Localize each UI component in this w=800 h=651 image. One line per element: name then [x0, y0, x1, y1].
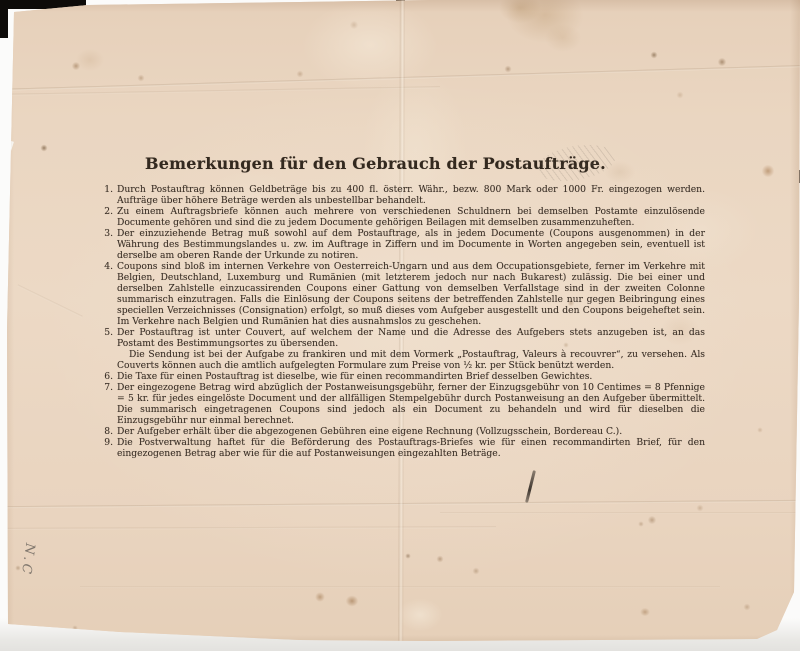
fold-crease-horizontal [440, 512, 800, 514]
item-number: 1. [100, 184, 113, 195]
item-text: Coupons sind bloß im internen Verkehre v… [117, 261, 705, 327]
item-text: Der Aufgeber erhält über die abgezogenen… [117, 426, 705, 437]
list-item-4: 4. Coupons sind bloß im internen Verkehr… [100, 261, 705, 327]
item-number: 2. [100, 206, 113, 217]
fold-crease-horizontal [0, 86, 440, 96]
fold-crease-diagonal [17, 284, 83, 317]
list-item-6: 6. Die Taxe für einen Postauftrag ist di… [100, 371, 705, 382]
fold-crease-diagonal [0, 0, 12, 284]
list-item-3: 3. Der einzuziehende Betrag muß sowohl a… [100, 228, 705, 261]
list-item-5: 5. Der Postauftrag ist unter Couvert, au… [100, 327, 705, 371]
list-item-9: 9. Die Postverwaltung haftet für die Bef… [100, 437, 705, 459]
item-text: Zu einem Auftragsbriefe können auch mehr… [117, 206, 705, 228]
item-text: Die Taxe für einen Postauftrag ist diese… [117, 371, 705, 382]
list-item-8: 8. Der Aufgeber erhält über die abgezoge… [100, 426, 705, 437]
item-number: 5. [100, 327, 113, 338]
item-number: 4. [100, 261, 113, 272]
list-item-7: 7. Der eingezogene Betrag wird abzüglich… [100, 382, 705, 426]
item-subtext: Die Sendung ist bei der Aufgabe zu frank… [117, 349, 705, 371]
item-number: 6. [100, 371, 113, 382]
item-text: Der einzuziehende Betrag muß sowohl auf … [117, 228, 705, 261]
item-text: Die Postverwaltung haftet für die Beförd… [117, 437, 705, 459]
item-number: 7. [100, 382, 113, 393]
item-number: 3. [100, 228, 113, 239]
item-number: 8. [100, 426, 113, 437]
paper-sheet: Bemerkungen für den Gebrauch der Postauf… [0, 0, 800, 651]
fold-crease-horizontal [0, 526, 496, 530]
pencil-initials: N.C [18, 542, 38, 577]
item-text: Der eingezogene Betrag wird abzüglich de… [117, 382, 705, 426]
scanned-document-page: Bemerkungen für den Gebrauch der Postauf… [0, 0, 800, 651]
scan-edge-artifact [0, 8, 8, 38]
item-text: Der Postauftrag ist unter Couvert, auf w… [117, 327, 705, 349]
list-item-2: 2. Zu einem Auftragsbriefe können auch m… [100, 206, 705, 228]
item-text: Durch Postauftrag können Geldbeträge bis… [117, 184, 705, 206]
item-number: 9. [100, 437, 113, 448]
printed-text-block: Bemerkungen für den Gebrauch der Postauf… [100, 155, 705, 459]
list-item-1: 1. Durch Postauftrag können Geldbeträge … [100, 184, 705, 206]
paper-tear [0, 139, 14, 155]
handwritten-slash-mark: / [525, 470, 536, 503]
